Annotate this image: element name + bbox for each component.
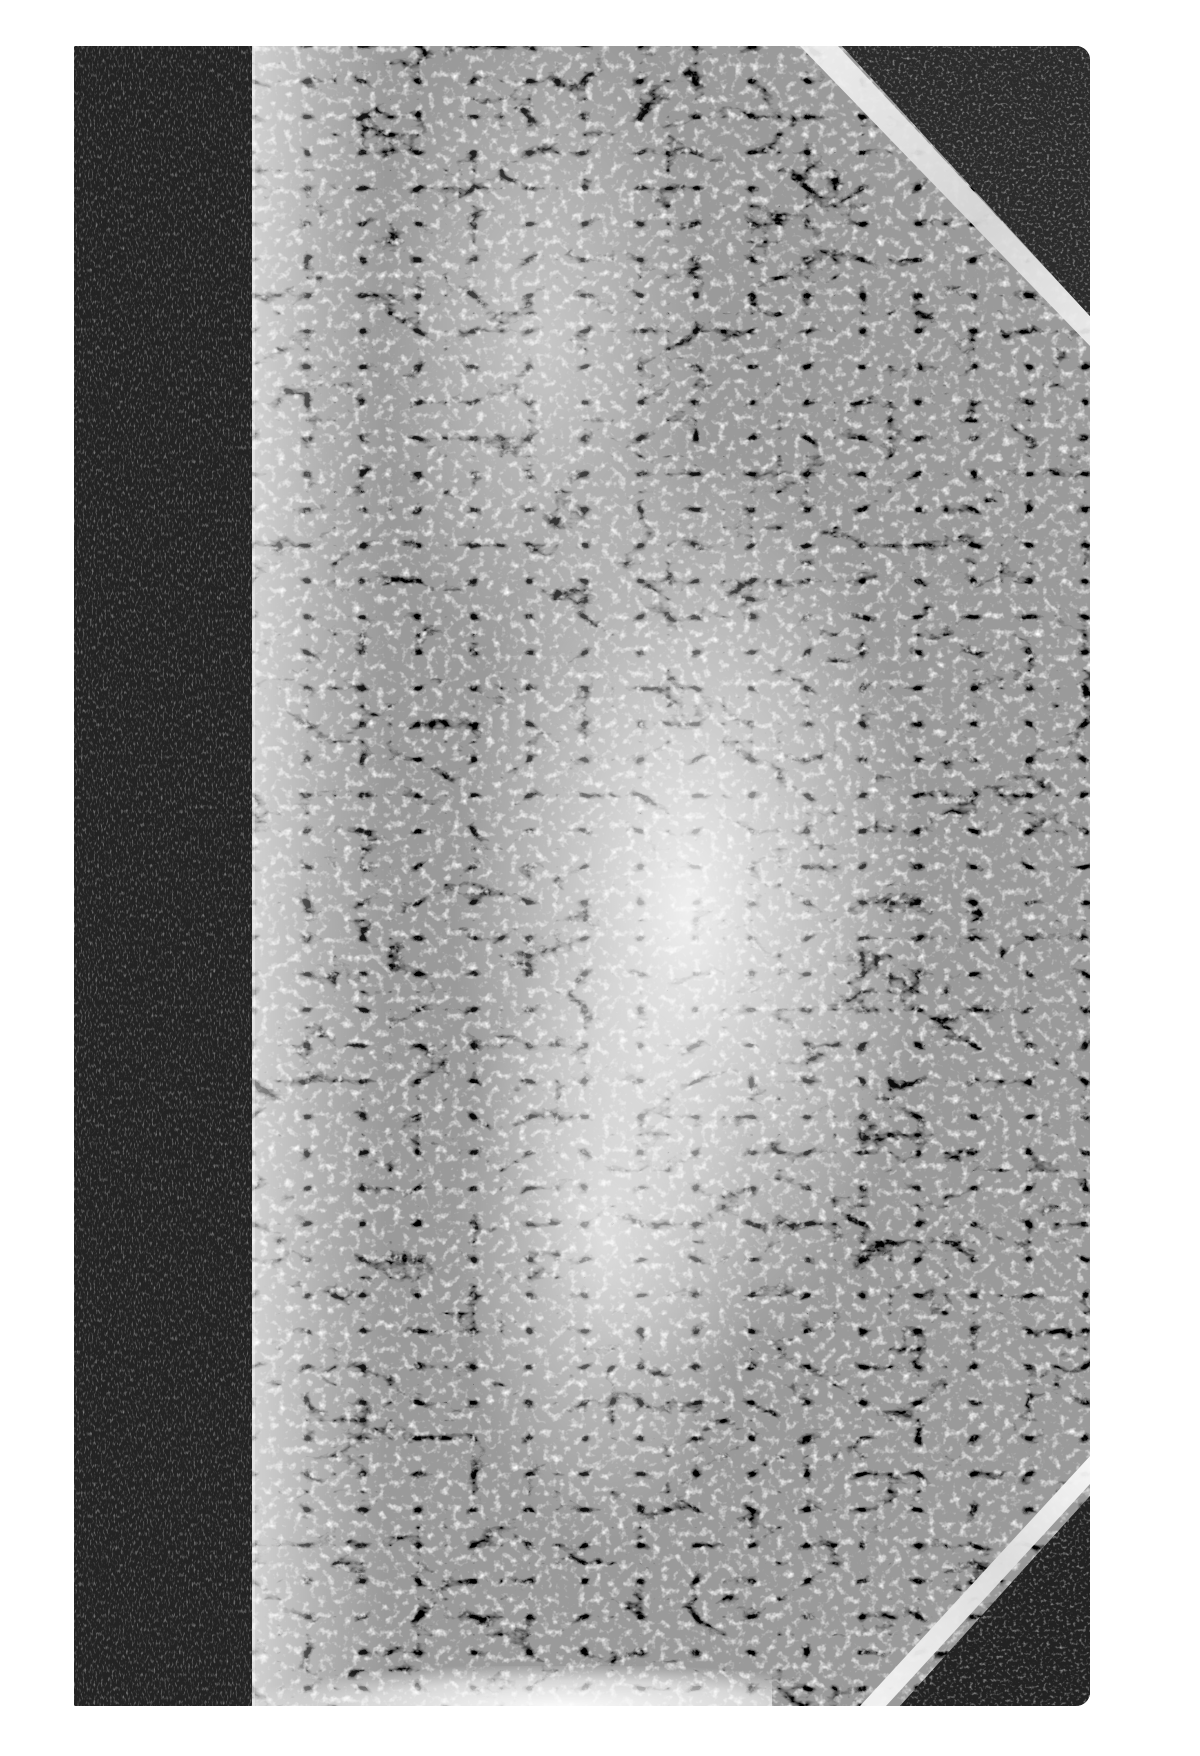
spine-seam [252, 46, 255, 1706]
bottom-edge-wear [252, 1666, 772, 1706]
book-cover [74, 46, 1090, 1706]
spine-grain-texture [74, 46, 260, 1706]
leather-spine [74, 46, 260, 1706]
marble-pattern [252, 46, 1090, 1706]
marbled-board [252, 46, 1090, 1706]
